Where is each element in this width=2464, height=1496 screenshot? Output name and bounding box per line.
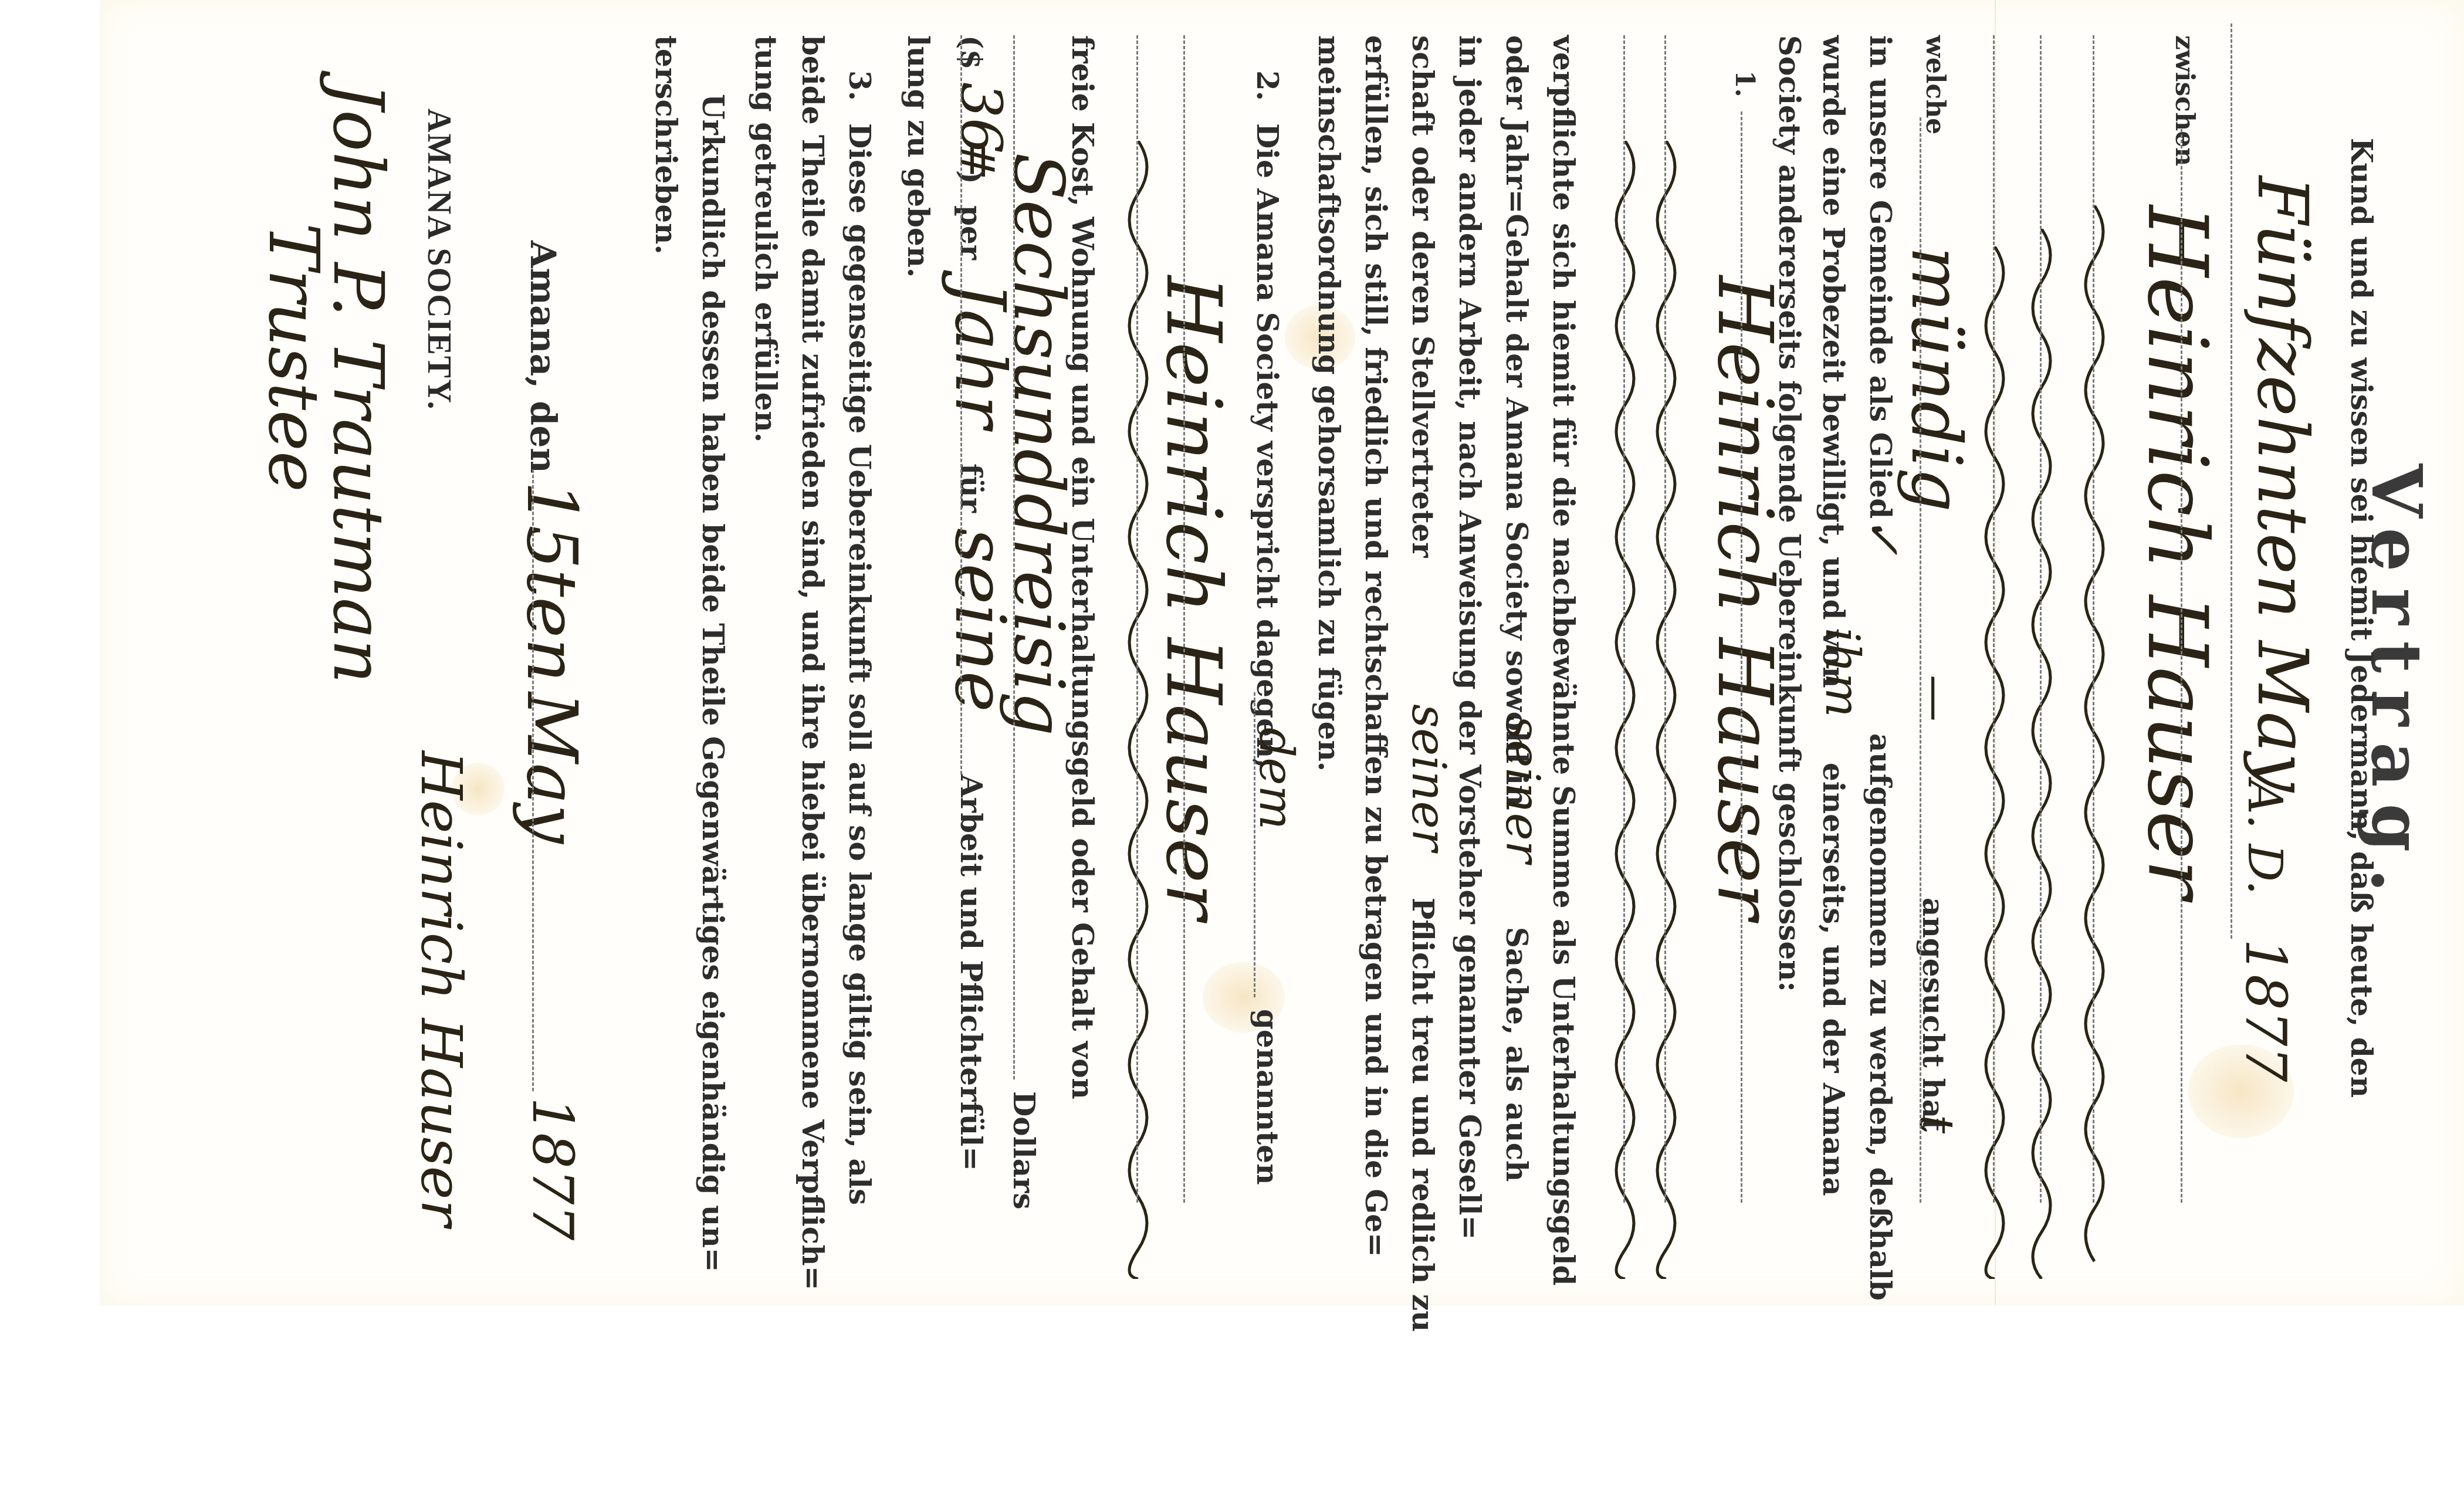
dem-rule bbox=[1254, 692, 1255, 997]
member-mark: ✓ bbox=[1860, 516, 1907, 556]
date-rule bbox=[2231, 23, 2232, 939]
trustee-title: Trustee bbox=[259, 223, 329, 492]
one-side-text: einerseits, und der Amana bbox=[1819, 763, 1848, 1196]
filler-wave-6 bbox=[1121, 141, 1156, 1279]
handwritten-jahr: Jahr bbox=[946, 282, 1015, 428]
intro-line-1: Kund und zu wissen sei hiemit Jedermann,… bbox=[2347, 138, 2376, 1098]
filler-wave-2 bbox=[2024, 229, 2059, 1279]
handwritten-dem: dem bbox=[1253, 727, 1299, 830]
age-word: mündig bbox=[1902, 246, 1971, 512]
society-label: AMANA SOCIETY. bbox=[420, 109, 458, 410]
section-1-line-1: sich hiemit für die nachbewähnte Summe a… bbox=[1549, 223, 1578, 1286]
wave-rule-4 bbox=[1664, 35, 1666, 1203]
between-label: zwischen bbox=[2171, 35, 2197, 166]
accepted-text: aufgenommen zu werden, deßhalb bbox=[1866, 733, 1895, 1301]
section-1-line-6: meinschaftsordnung gehorsamlich zu fügen… bbox=[1314, 35, 1343, 771]
closing-line-2: terschrieben. bbox=[651, 35, 681, 255]
era-label: A. D. bbox=[2241, 780, 2288, 895]
filler-wave-3 bbox=[1977, 246, 2012, 1279]
section-1-line-5: erfüllen, sich still, friedlich und rech… bbox=[1361, 35, 1390, 1257]
section-3-line-3: tung getreulich erfüllen. bbox=[751, 35, 780, 442]
member-signature: Heinrich Hauser bbox=[413, 751, 469, 1227]
date-signature-rule bbox=[532, 469, 534, 1091]
filler-wave-4 bbox=[1649, 141, 1684, 1279]
section-1-line-2b: Sache, als auch bbox=[1502, 927, 1531, 1182]
requested-label: angesucht hat bbox=[1918, 898, 1948, 1132]
filler-wave-5 bbox=[1607, 141, 1643, 1279]
section-1-line-2: oder Jahr=Gehalt der Amana Society sowoh… bbox=[1502, 35, 1531, 806]
section-1-line-4b: Pflicht treu und redlich zu bbox=[1408, 898, 1437, 1332]
handwritten-month: May bbox=[517, 692, 587, 844]
wave-rule-3 bbox=[1993, 35, 1995, 1203]
handwritten-seine: seine bbox=[946, 528, 1015, 712]
section-3-line-1: Diese gegenseitige Uebereinkunft soll au… bbox=[845, 123, 874, 1205]
closing-line-1: Urkundlich dessen haben beide Theile Geg… bbox=[698, 94, 727, 1272]
section-1-line-3: in jeder andern Arbeit, nach Anweisung d… bbox=[1455, 35, 1484, 1240]
year-value: 1877 bbox=[2238, 939, 2294, 1082]
section-2-party-name: Heinrich Hauser bbox=[1156, 276, 1232, 920]
section-1-line-4: schaft oder deren Stellvertreter bbox=[1408, 35, 1437, 558]
jahr-rule bbox=[960, 35, 962, 774]
named-label: genannten bbox=[1253, 1009, 1282, 1185]
section-3-line-2: beide Theile damit zufrieden sind, und i… bbox=[798, 35, 827, 1291]
wave-rule-1 bbox=[2093, 35, 2094, 1203]
handwritten-seiner-1: seiner bbox=[1499, 716, 1546, 863]
signature-year: 1877 bbox=[524, 1097, 581, 1240]
section-1-party-name: Heinrich Hauser bbox=[1707, 276, 1783, 920]
wave-rule-5 bbox=[1623, 35, 1625, 1203]
section-1-name-rule bbox=[1741, 111, 1742, 1203]
handwritten-seiner-2: seiner bbox=[1405, 704, 1452, 851]
section-2-name-rule bbox=[1183, 35, 1185, 1203]
contract-document: Vertrag. Kund und zu wissen sei hiemit J… bbox=[100, 0, 2464, 1302]
handwritten-day: 15ten bbox=[517, 481, 587, 682]
dollars-label: Dollars bbox=[1009, 1091, 1038, 1210]
work-label: Arbeit und Pflichterfül= bbox=[956, 774, 986, 1171]
community-line: in unsere Gemeinde als Glied bbox=[1866, 35, 1895, 519]
welche-rule bbox=[1920, 117, 1921, 1203]
place-prefix: Amana, den bbox=[525, 241, 560, 473]
filler-wave-1 bbox=[2077, 205, 2112, 1279]
welche-label: welche bbox=[1922, 35, 1948, 134]
party-name: Heinrich Hauser bbox=[2135, 205, 2218, 899]
handwritten-date: Fünfzehnten May bbox=[2248, 176, 2317, 792]
section-1-number: 1. bbox=[1731, 70, 1757, 97]
probation-line: wurde eine Probezeit bewilligt, und von bbox=[1819, 35, 1848, 688]
section-2-intro: Die Amana Society verspricht dagegen, bbox=[1253, 123, 1282, 769]
section-2-number: 2. bbox=[1253, 70, 1282, 101]
wave-rule-2 bbox=[2040, 35, 2042, 1203]
section-2-final-line: lung zu geben. bbox=[903, 35, 933, 278]
section-3-number: 3. bbox=[845, 70, 874, 101]
name-rule bbox=[2181, 129, 2182, 1203]
obliges-label: verpflichte bbox=[1549, 35, 1578, 211]
wave-rule-6 bbox=[1136, 35, 1138, 1203]
handwritten-ihm: ihm bbox=[1819, 628, 1866, 717]
